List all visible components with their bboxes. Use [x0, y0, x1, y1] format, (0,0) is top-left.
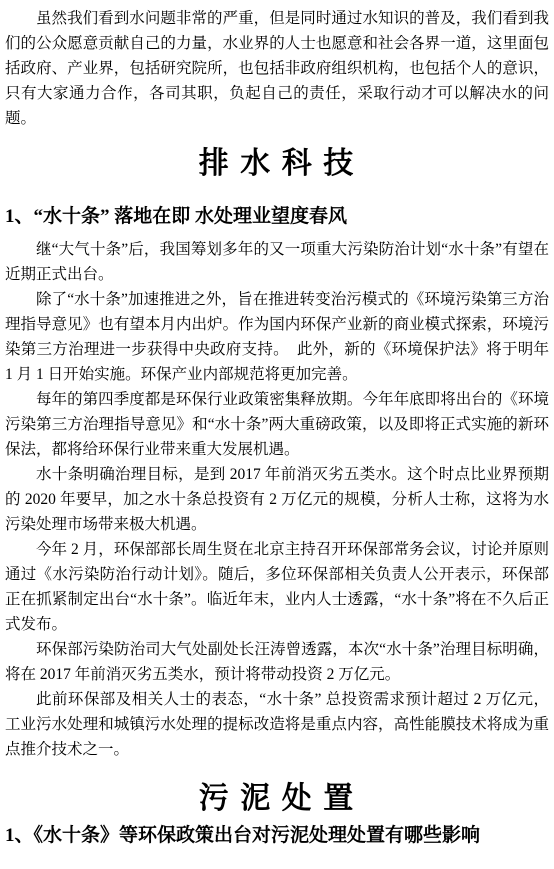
- paragraph: 水十条明确治理目标，是到 2017 年前消灭劣五类水。这个时点比业界预期的 20…: [5, 462, 549, 537]
- paragraph: 今年 2 月，环保部部长周生贤在北京主持召开环保部常务会议，讨论并原则通过《水污…: [5, 537, 549, 637]
- paragraph: 每年的第四季度都是环保行业政策密集释放期。今年年底即将出台的《环境污染第三方治理…: [5, 387, 549, 462]
- paragraph: 继“大气十条”后，我国筹划多年的又一项重大污染防治计划“水十条”有望在近期正式出…: [5, 237, 549, 287]
- paragraph: 此前环保部及相关人士的表态，“水十条” 总投资需求预计超过 2 万亿元，工业污水…: [5, 687, 549, 762]
- document-page: 虽然我们看到水问题非常的严重，但是同时通过水知识的普及，我们看到我们的公众愿意贡…: [0, 0, 554, 869]
- article-title-sludge-policy-impact: 1、《水十条》等环保政策出台对污泥处理处置有哪些影响: [5, 822, 549, 849]
- section-title-drainage-technology: 排 水 科 技: [5, 144, 549, 184]
- article-title-water-ten-measures: 1、“水十条” 落地在即 水处理业望度春风: [5, 203, 549, 230]
- intro-paragraph: 虽然我们看到水问题非常的严重，但是同时通过水知识的普及，我们看到我们的公众愿意贡…: [5, 6, 549, 131]
- paragraph: 除了“水十条”加速推进之外，旨在推进转变治污模式的《环境污染第三方治理指导意见》…: [5, 287, 549, 387]
- paragraph: 环保部污染防治司大气处副处长汪涛曾透露，本次“水十条”治理目标明确，将在 201…: [5, 637, 549, 687]
- section-title-sludge-disposal: 污 泥 处 置: [5, 779, 549, 819]
